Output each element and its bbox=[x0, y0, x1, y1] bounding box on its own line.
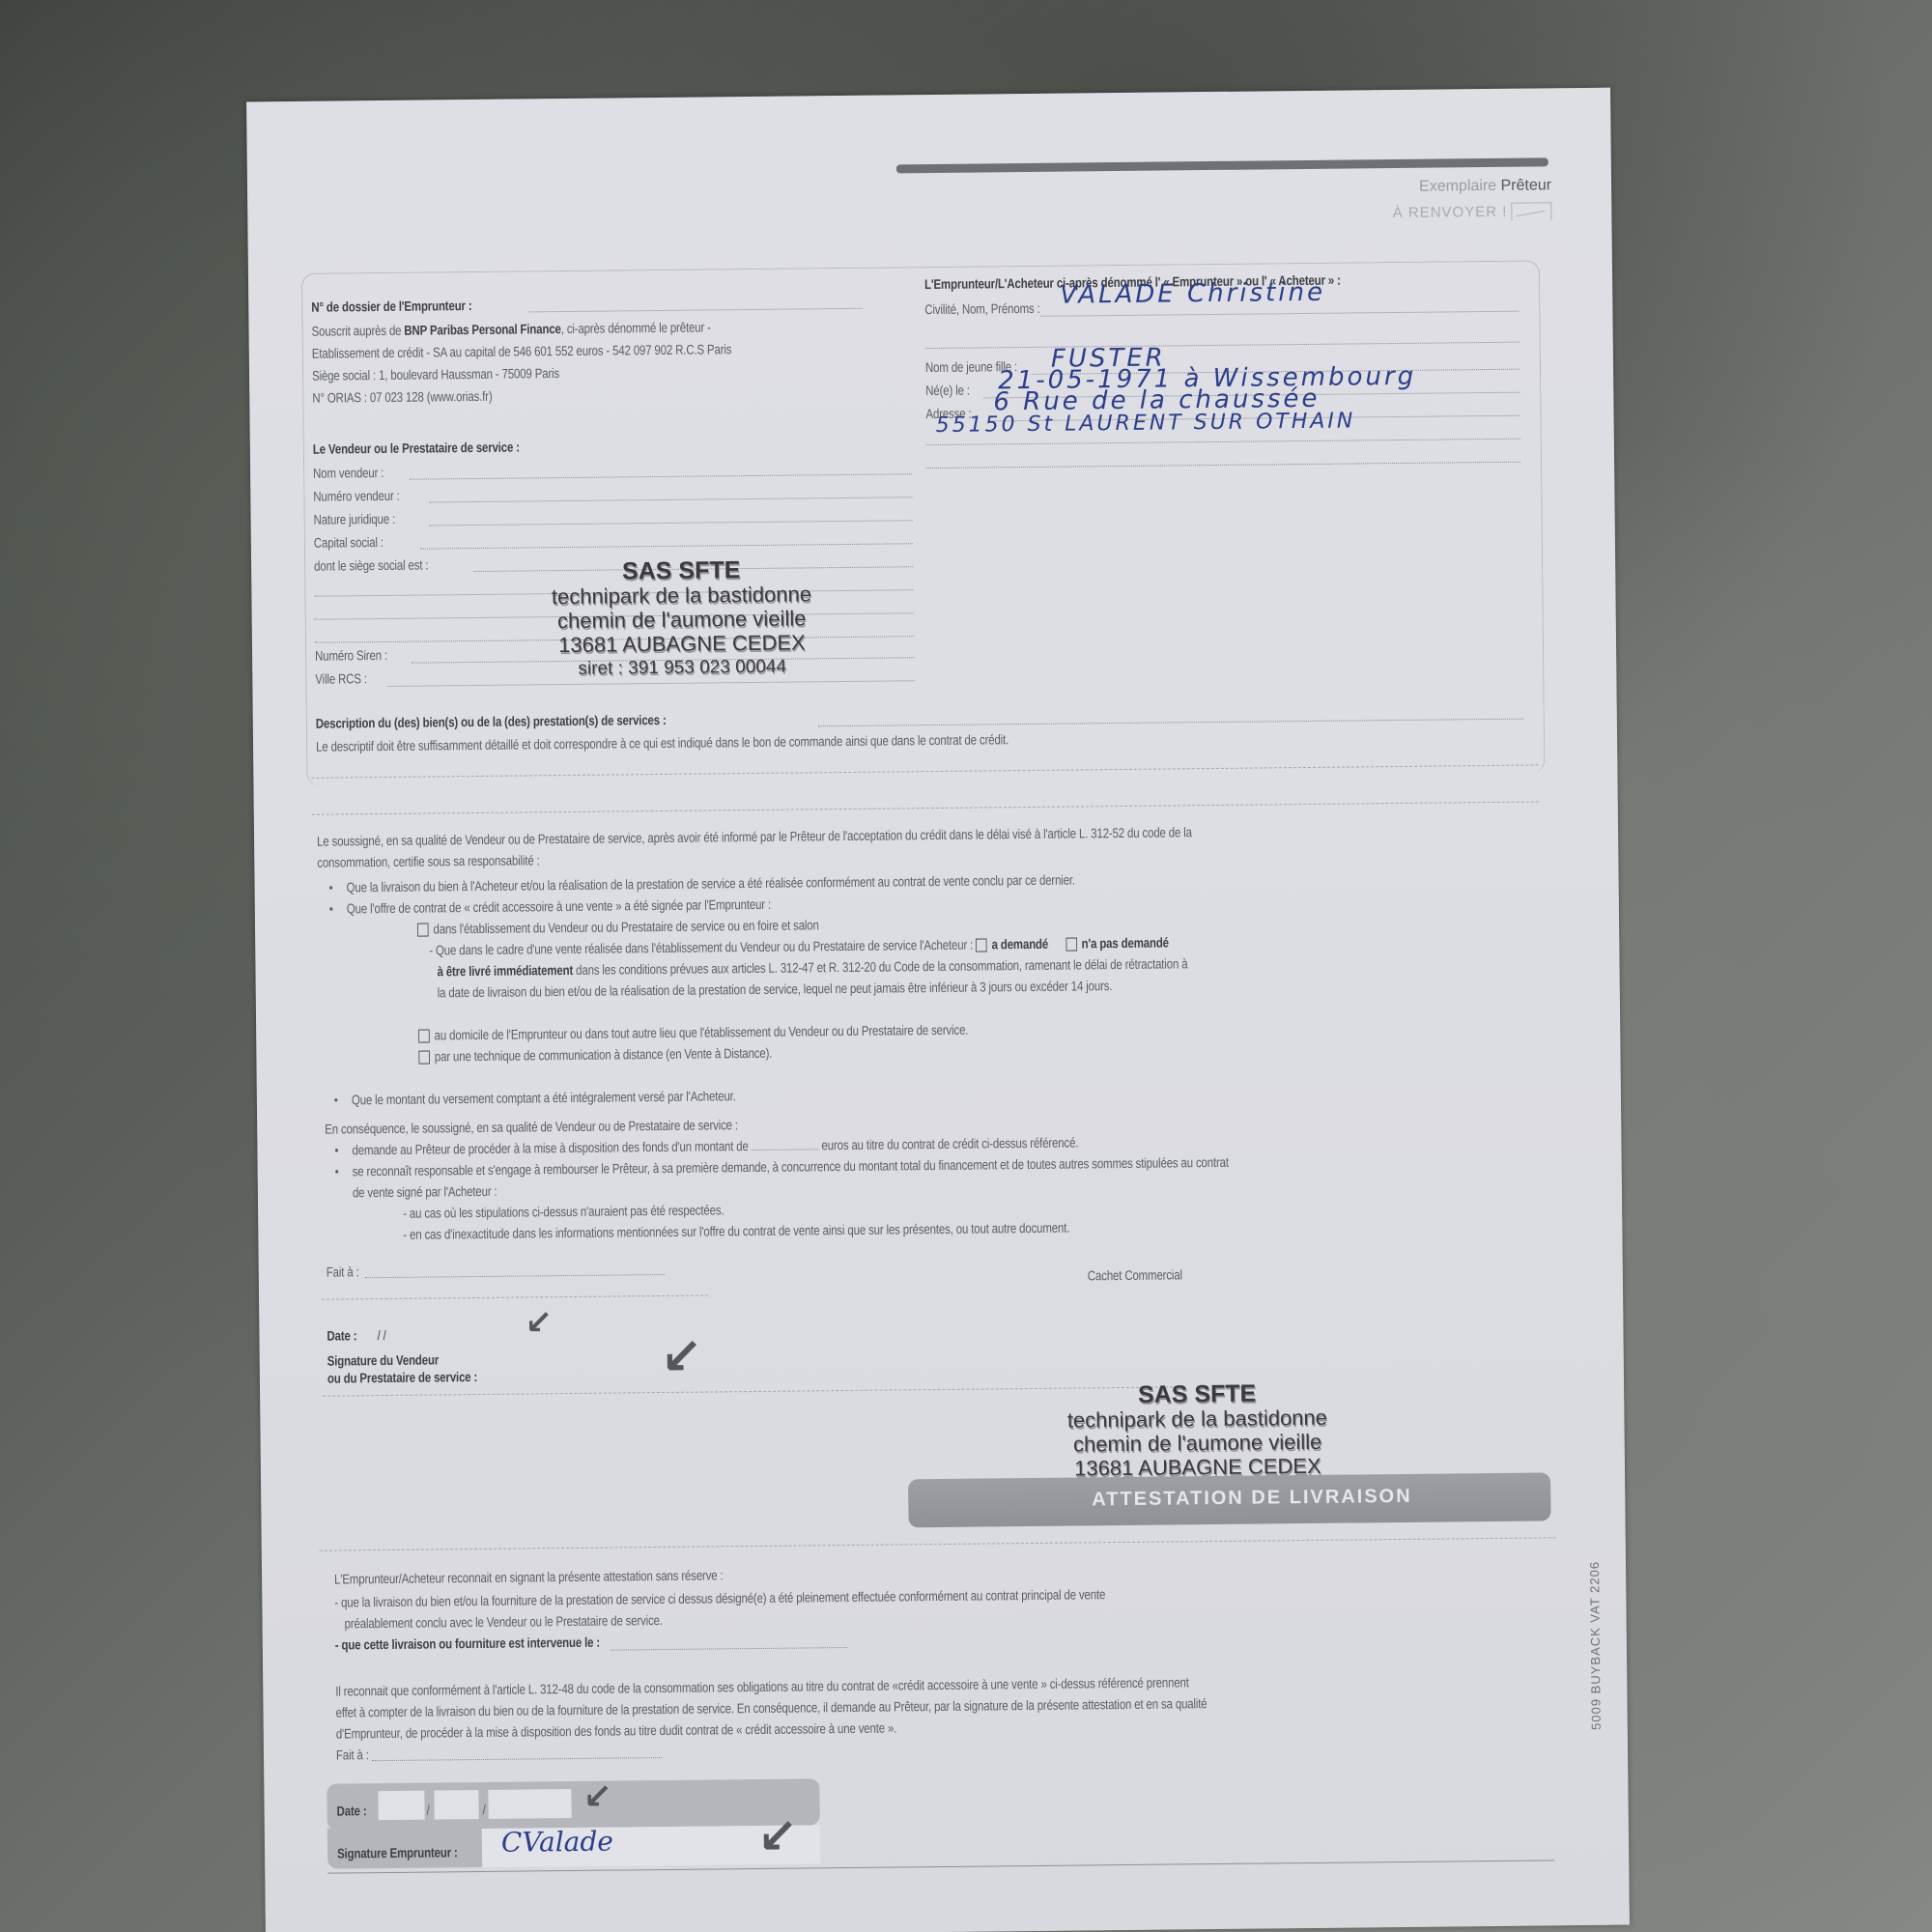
cert-bullet-3: Que le montant du versement comptant a é… bbox=[352, 1088, 736, 1107]
checkbox-distance[interactable] bbox=[418, 1051, 430, 1065]
vendor-sign-top-line bbox=[322, 1295, 708, 1300]
option-establishment[interactable]: dans l'établissement du Vendeur ou du Pr… bbox=[417, 917, 819, 937]
consequence-1: demande au Prêteur de procéder à la mise… bbox=[352, 1134, 1078, 1157]
attestation-banner: ATTESTATION DE LIVRAISON bbox=[908, 1472, 1550, 1527]
condition-2: - en cas d'inexactitude dans les informa… bbox=[403, 1220, 1069, 1242]
attest-intro: L'Emprunteur/Acheteur reconnait en signa… bbox=[334, 1567, 724, 1586]
vendor-sig-label-1: Signature du Vendeur bbox=[327, 1351, 440, 1368]
borrower-date-label: Date : bbox=[337, 1803, 367, 1818]
civility-label: Civilité, Nom, Prénoms : bbox=[924, 300, 1039, 317]
vendor-field-capital-label: Capital social : bbox=[314, 534, 384, 551]
option-distance[interactable]: par une technique de communication à dis… bbox=[418, 1045, 772, 1065]
vendor-field-hq-label: dont le siège social est : bbox=[314, 557, 428, 574]
arrow-down-left-icon: ↙ bbox=[757, 1812, 798, 1861]
side-code: 5009 BUYBACK VAT 2206 bbox=[1587, 1561, 1604, 1730]
attest-p1: - que la livraison du bien et/ou la four… bbox=[334, 1586, 1105, 1609]
return-text: À RENVOYER ! bbox=[1393, 204, 1508, 221]
date-month-input[interactable] bbox=[434, 1790, 478, 1819]
attest-para2: effet à compter de la livraison du bien … bbox=[335, 1695, 1207, 1719]
attestation-top-line bbox=[320, 1537, 1556, 1550]
civility-value: VALADE Christine bbox=[1060, 278, 1325, 310]
option-home[interactable]: au domicile de l'Emprunteur ou dans tout… bbox=[418, 1022, 968, 1043]
vendor-fait-input[interactable] bbox=[365, 1274, 665, 1278]
arrow-down-left-icon: ↙ bbox=[525, 1306, 553, 1339]
attest-p2: - que cette livraison ou fourniture est … bbox=[335, 1634, 600, 1653]
cert-bullet-1: Que la livraison du bien à l'Acheteur et… bbox=[347, 872, 1075, 895]
vendor-sig-label-2: ou du Prestataire de service : bbox=[327, 1369, 477, 1386]
vendor-field-legal-label: Nature juridique : bbox=[314, 511, 396, 527]
siren-label: Numéro Siren : bbox=[315, 647, 387, 664]
date-sep-2: / bbox=[483, 1802, 486, 1817]
attest-para1: Il reconnait que conformément à l'articl… bbox=[335, 1674, 1189, 1698]
date-year-input[interactable] bbox=[488, 1789, 571, 1819]
envelope-icon bbox=[1511, 202, 1551, 220]
attest-p1b: préalablement conclu avec le Vendeur ou … bbox=[344, 1612, 662, 1631]
dossier-label: N° de dossier de l'Emprunteur : bbox=[311, 298, 471, 315]
copy-label-bold: Prêteur bbox=[1501, 177, 1552, 194]
description-line-2[interactable] bbox=[312, 801, 1539, 814]
borrower-sig-label: Signature Emprunteur : bbox=[337, 1844, 458, 1861]
consequence-2b: de vente signé par l'Acheteur : bbox=[353, 1183, 497, 1201]
cert-bullet-2: Que l'offre de contrat de « crédit acces… bbox=[347, 896, 771, 917]
borrower-signature: CValade bbox=[501, 1826, 613, 1859]
checkbox-asked[interactable] bbox=[976, 939, 987, 952]
attest-fait-input[interactable] bbox=[372, 1757, 662, 1761]
condition-1: - au cas où les stipulations ci-dessus n… bbox=[403, 1202, 724, 1220]
delivery-date-input[interactable] bbox=[611, 1647, 847, 1651]
consequence-2: se reconnaît responsable et s'engage à r… bbox=[353, 1154, 1229, 1179]
sub-line-2: à être livré immédiatement dans les cond… bbox=[437, 955, 1187, 979]
attest-fait-label: Fait à : bbox=[336, 1747, 369, 1762]
date-day-input[interactable] bbox=[378, 1791, 424, 1821]
lender-line3: Siège social : 1, boulevard Haussman - 7… bbox=[312, 365, 559, 384]
checkbox-home[interactable] bbox=[418, 1030, 430, 1043]
copy-label-light: Exemplaire bbox=[1419, 178, 1496, 195]
attest-para3: d'Emprunteur, de procéder à la mise à di… bbox=[336, 1719, 897, 1741]
sub-line-1: - Que dans le cadre d'une vente réalisée… bbox=[429, 934, 1169, 957]
cert-intro-1: Le soussigné, en sa qualité de Vendeur o… bbox=[317, 824, 1192, 848]
rcs-label: Ville RCS : bbox=[315, 670, 367, 687]
document-page: Exemplaire Prêteur À RENVOYER ! N° de do… bbox=[246, 88, 1630, 1932]
consequence-intro: En conséquence, le soussigné, en sa qual… bbox=[325, 1117, 738, 1136]
top-section-frame bbox=[301, 260, 1545, 785]
vendor-title: Le Vendeur ou le Prestataire de service … bbox=[313, 440, 520, 457]
return-label: À RENVOYER ! bbox=[1393, 202, 1552, 222]
sub-line-3: la date de livraison du bien et/ou de la… bbox=[438, 978, 1113, 1000]
date-sep-1: / bbox=[427, 1803, 430, 1818]
vendor-stamp-top: SAS SFTE technipark de la bastidonne che… bbox=[502, 557, 861, 682]
address-line2: 55150 St LAURENT SUR OTHAIN bbox=[935, 409, 1355, 438]
attestation-title: ATTESTATION DE LIVRAISON bbox=[1092, 1486, 1412, 1511]
vendor-signature-field[interactable] bbox=[482, 1353, 704, 1384]
vendor-field-name-label: Nom vendeur : bbox=[313, 465, 384, 481]
lender-line4: N° ORIAS : 07 023 128 (www.orias.fr) bbox=[312, 388, 492, 406]
vendor-field-number-label: Numéro vendeur : bbox=[313, 488, 399, 504]
amount-input[interactable] bbox=[752, 1149, 819, 1151]
vendor-date-label: Date : / / bbox=[327, 1327, 385, 1344]
checkbox-not-asked[interactable] bbox=[1065, 938, 1077, 952]
vendor-fait-label: Fait à : bbox=[327, 1264, 359, 1279]
header-bar bbox=[896, 157, 1548, 173]
cert-intro-2: consommation, certifie sous sa responsab… bbox=[317, 852, 539, 869]
cachet-label: Cachet Commercial bbox=[1088, 1266, 1182, 1283]
arrow-down-left-icon: ↙ bbox=[582, 1779, 612, 1814]
born-label: Né(e) le : bbox=[925, 383, 970, 398]
copy-label: Exemplaire Prêteur bbox=[1419, 177, 1551, 195]
checkbox-establishment[interactable] bbox=[417, 923, 429, 937]
